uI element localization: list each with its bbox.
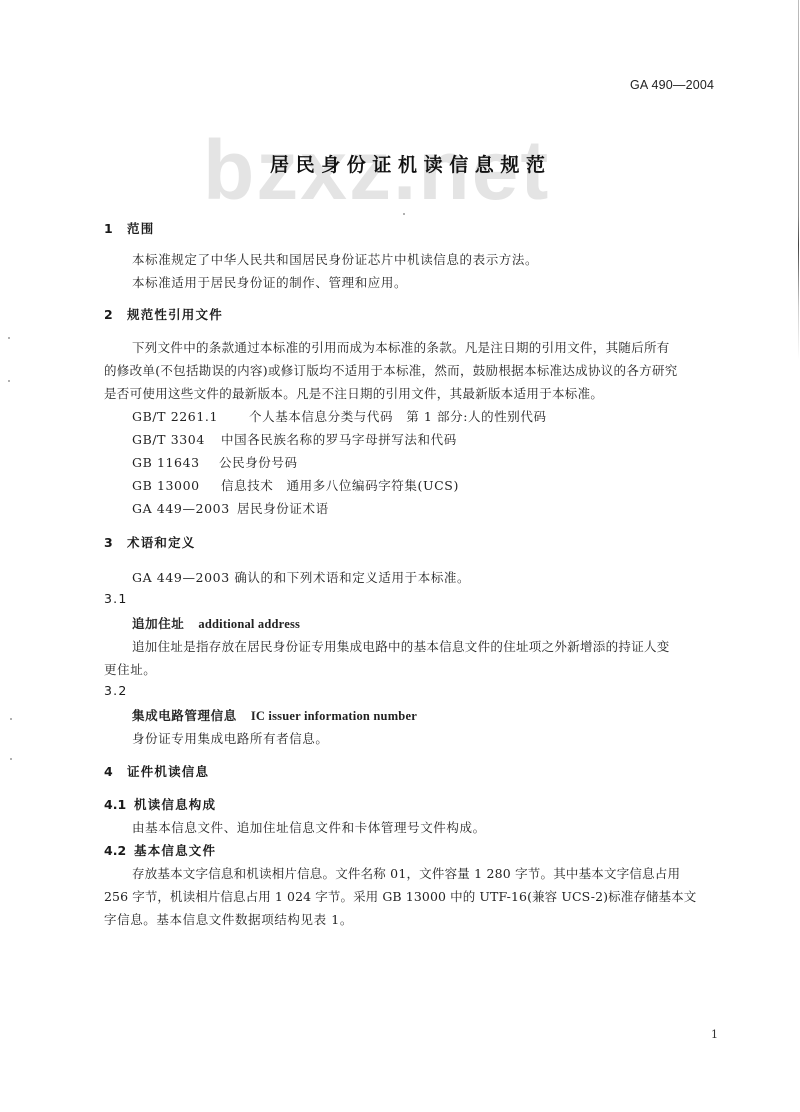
paragraph-line: 下列文件中的条款通过本标准的引用而成为本标准的条款。凡是注日期的引用文件，其随后… bbox=[132, 338, 670, 356]
section-number: 4 bbox=[104, 764, 127, 779]
term-cn: 追加住址 bbox=[132, 616, 184, 631]
reference-item: GB/T 3304中国各民族名称的罗马字母拼写法和代码 bbox=[132, 430, 457, 448]
section-title: 证件机读信息 bbox=[127, 764, 209, 779]
standard-code: GA 490—2004 bbox=[630, 78, 714, 92]
section-number: 2 bbox=[104, 307, 127, 322]
page-number: 1 bbox=[711, 1028, 718, 1041]
document-title: 居民身份证机读信息规范 bbox=[270, 150, 552, 177]
reference-code: GB 11643 bbox=[132, 455, 219, 470]
subsection-4-2-heading: 4.2基本信息文件 bbox=[104, 841, 216, 859]
section-title: 范围 bbox=[127, 221, 154, 236]
section-title: 规范性引用文件 bbox=[127, 307, 223, 322]
section-3-heading: 3术语和定义 bbox=[104, 533, 196, 551]
reference-item: GB/T 2261.1个人基本信息分类与代码 第 1 部分:人的性别代码 bbox=[132, 407, 547, 425]
term-heading: 集成电路管理信息IC issuer information number bbox=[132, 706, 417, 724]
paragraph-line: 存放基本文字信息和机读相片信息。文件名称 01，文件容量 1 280 字节。其中… bbox=[132, 864, 680, 882]
reference-item: GB 13000信息技术 通用多八位编码字符集(UCS) bbox=[132, 476, 459, 494]
term-en: IC issuer information number bbox=[251, 709, 417, 723]
paragraph: 由基本信息文件、追加住址信息文件和卡体管理号文件构成。 bbox=[132, 818, 486, 836]
definition-line: 追加住址是指存放在居民身份证专用集成电路中的基本信息文件的住址项之外新增添的持证… bbox=[132, 637, 670, 655]
term-number: 3.1 bbox=[104, 591, 127, 606]
paragraph: 本标准规定了中华人民共和国居民身份证芯片中机读信息的表示方法。 bbox=[132, 250, 538, 268]
reference-code: GB/T 3304 bbox=[132, 432, 221, 447]
paragraph-line: 的修改单(不包括勘误的内容)或修订版均不适用于本标准，然而，鼓励根据本标准达成协… bbox=[104, 361, 678, 379]
section-number: 1 bbox=[104, 221, 127, 236]
scan-speck bbox=[10, 718, 12, 720]
reference-item: GB 11643公民身份号码 bbox=[132, 453, 298, 471]
paragraph-line: 字信息。基本信息文件数据项结构见表 1。 bbox=[104, 910, 353, 928]
term-en: additional address bbox=[198, 617, 300, 631]
section-2-heading: 2规范性引用文件 bbox=[104, 305, 223, 323]
paragraph-line: 是否可使用这些文件的最新版本。凡是不注日期的引用文件，其最新版本适用于本标准。 bbox=[104, 384, 603, 402]
subsection-4-1-heading: 4.1机读信息构成 bbox=[104, 795, 216, 813]
section-4-heading: 4证件机读信息 bbox=[104, 762, 209, 780]
paragraph: GA 449—2003 确认的和下列术语和定义适用于本标准。 bbox=[132, 568, 470, 586]
scan-speck bbox=[8, 380, 10, 382]
reference-code: GB/T 2261.1 bbox=[132, 409, 249, 424]
scan-speck bbox=[8, 337, 10, 339]
definition-line: 身份证专用集成电路所有者信息。 bbox=[132, 729, 329, 747]
reference-title: 信息技术 通用多八位编码字符集(UCS) bbox=[221, 478, 459, 493]
definition-line: 更住址。 bbox=[104, 660, 156, 678]
section-title: 术语和定义 bbox=[127, 535, 196, 550]
section-1-heading: 1范围 bbox=[104, 219, 154, 237]
scan-speck bbox=[10, 758, 12, 760]
reference-title: 个人基本信息分类与代码 第 1 部分:人的性别代码 bbox=[249, 409, 547, 424]
paragraph-line: 256 字节，机读相片信息占用 1 024 字节。采用 GB 13000 中的 … bbox=[104, 887, 696, 905]
reference-code: GA 449—2003 bbox=[132, 501, 237, 516]
subsection-number: 4.1 bbox=[104, 797, 134, 812]
reference-title: 中国各民族名称的罗马字母拼写法和代码 bbox=[221, 432, 457, 447]
scan-edge-line bbox=[798, 0, 799, 360]
subsection-title: 机读信息构成 bbox=[134, 797, 216, 812]
term-cn: 集成电路管理信息 bbox=[132, 708, 237, 723]
reference-item: GA 449—2003居民身份证术语 bbox=[132, 499, 329, 517]
section-number: 3 bbox=[104, 535, 127, 550]
reference-code: GB 13000 bbox=[132, 478, 221, 493]
subsection-title: 基本信息文件 bbox=[134, 843, 216, 858]
subsection-number: 4.2 bbox=[104, 843, 134, 858]
term-number: 3.2 bbox=[104, 683, 127, 698]
term-heading: 追加住址additional address bbox=[132, 614, 300, 632]
reference-title: 公民身份号码 bbox=[219, 455, 298, 470]
reference-title: 居民身份证术语 bbox=[237, 501, 329, 516]
paragraph: 本标准适用于居民身份证的制作、管理和应用。 bbox=[132, 273, 407, 291]
